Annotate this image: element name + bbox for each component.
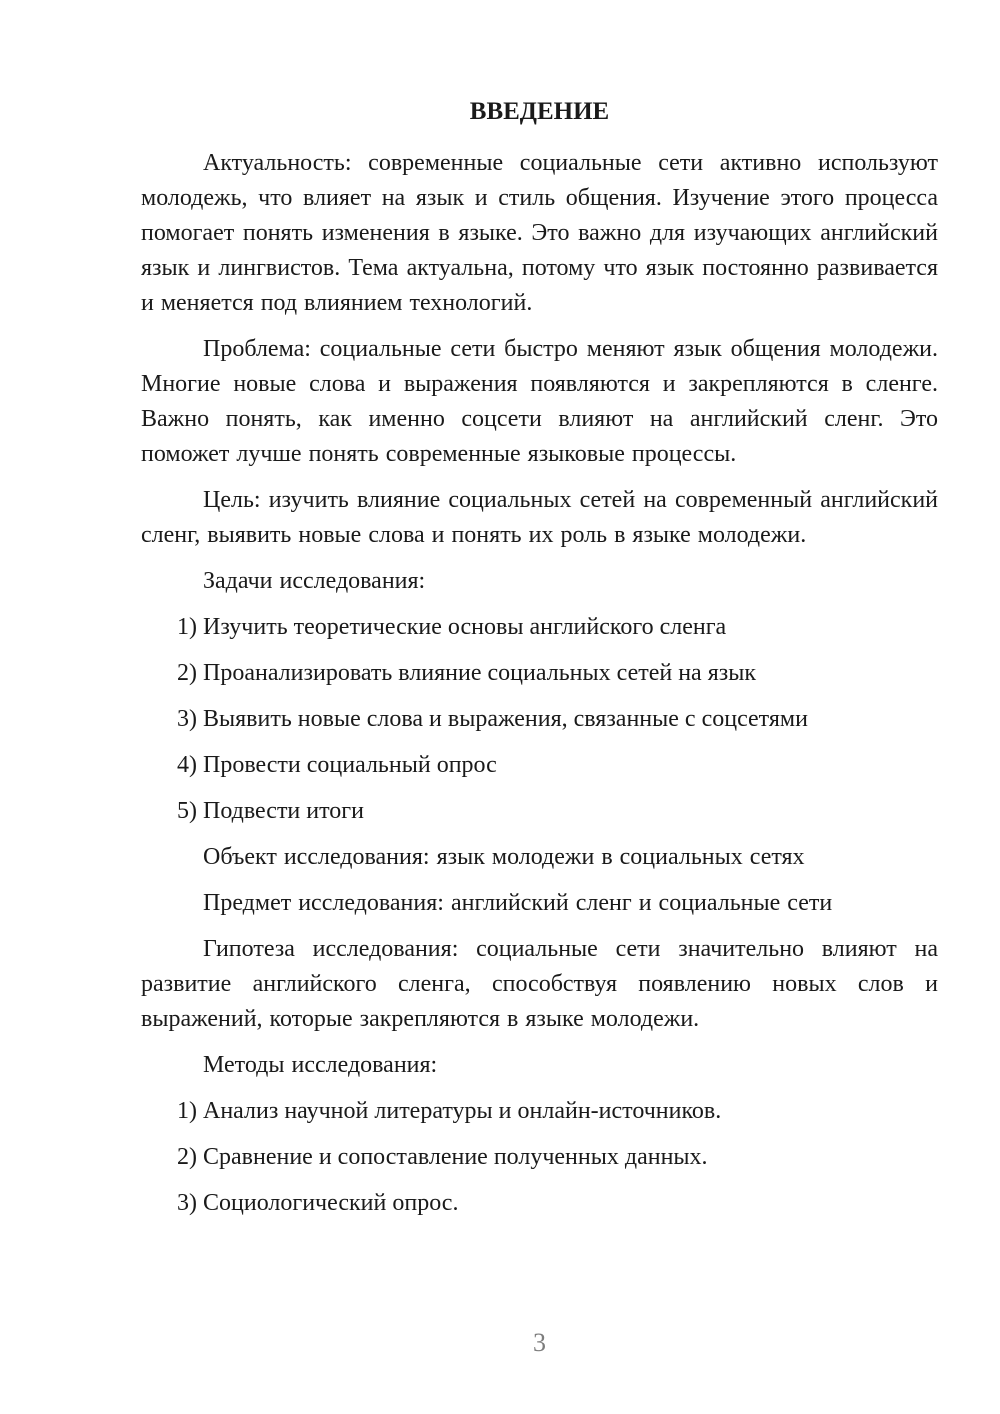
tasks-header: Задачи исследования: bbox=[141, 564, 938, 599]
paragraph-relevance: Актуальность: современные социальные сет… bbox=[141, 146, 938, 321]
page-number: 3 bbox=[141, 1328, 938, 1358]
paragraph-subject: Предмет исследования: английский сленг и… bbox=[141, 886, 938, 921]
method-item-2: 2) Сравнение и сопоставление полученных … bbox=[177, 1140, 938, 1175]
task-item-1: 1) Изучить теоретические основы английск… bbox=[177, 610, 938, 645]
task-item-2: 2) Проанализировать влияние социальных с… bbox=[177, 656, 938, 691]
page-title: ВВЕДЕНИЕ bbox=[141, 94, 938, 129]
paragraph-goal: Цель: изучить влияние социальных сетей н… bbox=[141, 483, 938, 553]
method-item-3: 3) Социологический опрос. bbox=[177, 1186, 938, 1221]
method-item-1: 1) Анализ научной литературы и онлайн-ис… bbox=[177, 1094, 938, 1129]
task-item-4: 4) Провести социальный опрос bbox=[177, 748, 938, 783]
paragraph-problem: Проблема: социальные сети быстро меняют … bbox=[141, 332, 938, 472]
paragraph-hypothesis: Гипотеза исследования: социальные сети з… bbox=[141, 932, 938, 1037]
paragraph-object: Объект исследования: язык молодежи в соц… bbox=[141, 840, 938, 875]
task-item-3: 3) Выявить новые слова и выражения, связ… bbox=[177, 702, 938, 737]
task-item-5: 5) Подвести итоги bbox=[177, 794, 938, 829]
methods-header: Методы исследования: bbox=[141, 1048, 938, 1083]
document-content: ВВЕДЕНИЕ Актуальность: современные социа… bbox=[0, 0, 1000, 1221]
document-page: ВВЕДЕНИЕ Актуальность: современные социа… bbox=[0, 0, 1000, 1414]
